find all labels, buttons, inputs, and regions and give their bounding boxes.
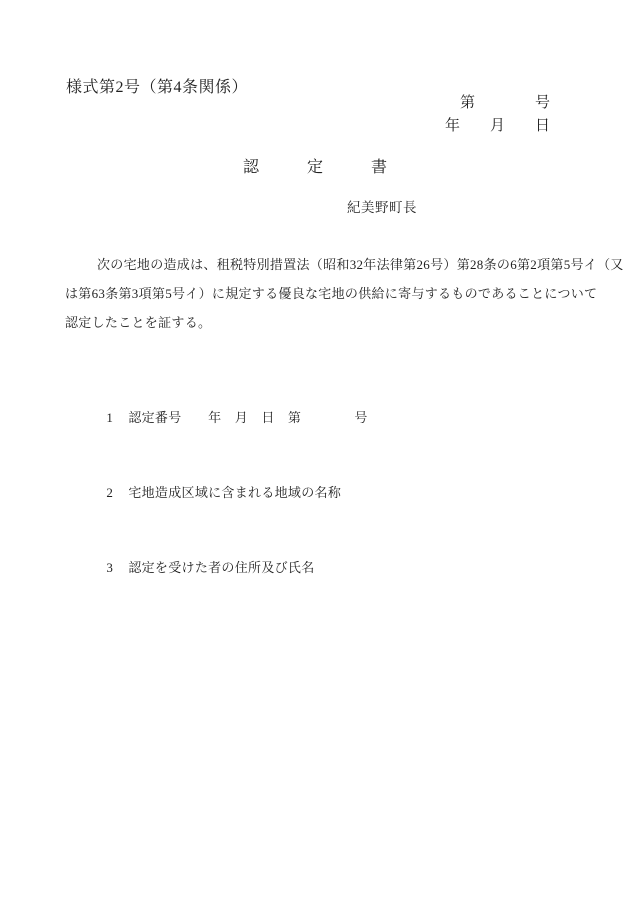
certificate-form-page: 様式第2号（第4条関係） 第 号 年 月 日 認 定 書 紀美野町長 次の宅地の… xyxy=(0,0,630,903)
item-number: 3 xyxy=(106,555,128,580)
body-paragraph: 次の宅地の造成は、租税特別措置法（昭和32年法律第26号）第28条の6第2項第5… xyxy=(65,251,570,337)
date-line: 年 月 日 xyxy=(0,119,630,134)
list-item: 1認定番号 年 月 日 第 号 xyxy=(85,380,368,455)
body-line-1: 次の宅地の造成は、租税特別措置法（昭和32年法律第26号）第28条の6第2項第5… xyxy=(65,251,570,280)
form-number: 様式第2号（第4条関係） xyxy=(66,80,248,96)
list-item: 3認定を受けた者の住所及び氏名 xyxy=(85,530,368,605)
item-text: 認定を受けた者の住所及び氏名 xyxy=(128,560,314,575)
item-number: 1 xyxy=(106,405,128,430)
item-text: 認定番号 年 月 日 第 号 xyxy=(128,410,367,425)
issuer-name: 紀美野町長 xyxy=(347,201,417,215)
document-number-line: 第 号 xyxy=(0,96,630,111)
body-line-2: は第63条第3項第5号イ）に規定する優良な宅地の供給に寄与するものであることにつ… xyxy=(65,280,570,309)
list-item: 2宅地造成区域に含まれる地域の名称 xyxy=(85,455,368,530)
item-text: 宅地造成区域に含まれる地域の名称 xyxy=(128,485,341,500)
items-list: 1認定番号 年 月 日 第 号 2宅地造成区域に含まれる地域の名称 3認定を受け… xyxy=(85,380,368,605)
body-line-3: 認定したことを証する。 xyxy=(65,309,570,338)
document-title: 認 定 書 xyxy=(0,160,630,176)
item-number: 2 xyxy=(106,480,128,505)
